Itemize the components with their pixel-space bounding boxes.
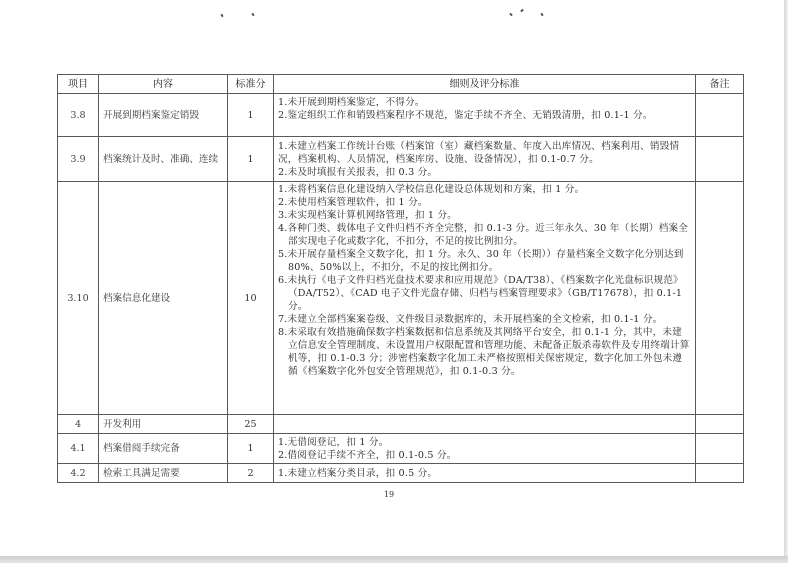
table-row-section: 4 开发利用 25 — [58, 415, 744, 434]
detail-line: 1.未建立档案工作统计台账（档案馆（室）藏档案数量、年度入出库情况、档案利用、销… — [278, 140, 691, 166]
scan-speck — [251, 13, 254, 17]
row-score: 1 — [228, 137, 274, 182]
detail-line: 2.未及时填报有关报表，扣 0.3 分。 — [278, 166, 691, 179]
table-row: 3.10 档案信息化建设 10 1.未将档案信息化建设纳入学校信息化建设总体规划… — [58, 182, 744, 415]
header-note: 备注 — [696, 75, 744, 94]
table-row: 3.9 档案统计及时、准确、连续 1 1.未建立档案工作统计台账（档案馆（室）藏… — [58, 137, 744, 182]
row-score: 1 — [228, 434, 274, 464]
page-edge-shadow-bottom — [0, 556, 788, 563]
evaluation-table: 项目 内容 标准分 细则及评分标准 备注 3.8 开展到期档案鉴定销毁 1 1.… — [57, 74, 744, 483]
scan-speck — [220, 14, 223, 18]
row-detail — [274, 415, 696, 434]
detail-line: 2.借阅登记手续不齐全，扣 0.1-0.5 分。 — [278, 449, 691, 462]
page-edge-shadow-right — [784, 0, 788, 563]
row-id: 3.10 — [58, 182, 99, 415]
row-score: 25 — [228, 415, 274, 434]
detail-line: 1.未建立档案分类目录，扣 0.5 分。 — [278, 467, 691, 480]
scan-speck — [540, 13, 543, 17]
detail-line: 1.未将档案信息化建设纳入学校信息化建设总体规划和方案，扣 1 分。 — [278, 183, 691, 196]
row-detail: 1.未将档案信息化建设纳入学校信息化建设总体规划和方案，扣 1 分。 2.未使用… — [274, 182, 696, 415]
row-score: 2 — [228, 464, 274, 483]
row-content: 开发利用 — [99, 415, 228, 434]
header-content: 内容 — [99, 75, 228, 94]
detail-line: 4.各种门类、载体电子文件归档不齐全完整，扣 0.1-3 分。近三年永久、30 … — [278, 222, 691, 248]
table-row: 4.1 档案借阅手续完备 1 1.无借阅登记，扣 1 分。 2.借阅登记手续不齐… — [58, 434, 744, 464]
table-row: 4.2 检索工具满足需要 2 1.未建立档案分类目录，扣 0.5 分。 — [58, 464, 744, 483]
row-note — [696, 464, 744, 483]
row-detail: 1.未建立档案分类目录，扣 0.5 分。 — [274, 464, 696, 483]
header-score: 标准分 — [228, 75, 274, 94]
row-note — [696, 94, 744, 137]
row-id: 3.8 — [58, 94, 99, 137]
detail-line: 8.未采取有效措施确保数字档案数据和信息系统及其网络平台安全，扣 0.1-1 分… — [278, 326, 691, 378]
row-id: 4 — [58, 415, 99, 434]
row-id: 4.1 — [58, 434, 99, 464]
row-detail: 1.未建立档案工作统计台账（档案馆（室）藏档案数量、年度入出库情况、档案利用、销… — [274, 137, 696, 182]
row-id: 4.2 — [58, 464, 99, 483]
detail-line: 1.未开展到期档案鉴定，不得分。 — [278, 96, 691, 109]
row-content: 档案信息化建设 — [99, 182, 228, 415]
row-note — [696, 182, 744, 415]
scan-speck — [509, 13, 513, 16]
page-number: 19 — [381, 490, 397, 499]
scan-speck — [520, 9, 524, 12]
row-score: 10 — [228, 182, 274, 415]
detail-line: 1.无借阅登记，扣 1 分。 — [278, 436, 691, 449]
detail-line: 2.未使用档案管理软件，扣 1 分。 — [278, 196, 691, 209]
row-id: 3.9 — [58, 137, 99, 182]
row-content: 档案借阅手续完备 — [99, 434, 228, 464]
detail-line: 6.未执行《电子文件归档光盘技术要求和应用规范》（DA/T38）、《档案数字化光… — [278, 274, 691, 313]
detail-line: 3.未实现档案计算机网络管理，扣 1 分。 — [278, 209, 691, 222]
row-content: 检索工具满足需要 — [99, 464, 228, 483]
table-row: 3.8 开展到期档案鉴定销毁 1 1.未开展到期档案鉴定，不得分。 2.鉴定组织… — [58, 94, 744, 137]
detail-line: 2.鉴定组织工作和销毁档案程序不规范，鉴定手续不齐全、无销毁清册，扣 0.1-1… — [278, 109, 691, 122]
row-detail: 1.无借阅登记，扣 1 分。 2.借阅登记手续不齐全，扣 0.1-0.5 分。 — [274, 434, 696, 464]
header-id: 项目 — [58, 75, 99, 94]
header-detail: 细则及评分标准 — [274, 75, 696, 94]
table-header-row: 项目 内容 标准分 细则及评分标准 备注 — [58, 75, 744, 94]
row-content: 档案统计及时、准确、连续 — [99, 137, 228, 182]
row-note — [696, 137, 744, 182]
detail-line: 5.未开展存量档案全文数字化，扣 1 分。永久、30 年（长期））存量档案全文数… — [278, 248, 691, 274]
row-note — [696, 434, 744, 464]
row-detail: 1.未开展到期档案鉴定，不得分。 2.鉴定组织工作和销毁档案程序不规范，鉴定手续… — [274, 94, 696, 137]
detail-line: 7.未建立全部档案案卷级、文件级目录数据库的，未开展档案的全文检索，扣 0.1-… — [278, 313, 691, 326]
row-note — [696, 415, 744, 434]
document-page: 项目 内容 标准分 细则及评分标准 备注 3.8 开展到期档案鉴定销毁 1 1.… — [0, 0, 784, 556]
row-score: 1 — [228, 94, 274, 137]
row-content: 开展到期档案鉴定销毁 — [99, 94, 228, 137]
